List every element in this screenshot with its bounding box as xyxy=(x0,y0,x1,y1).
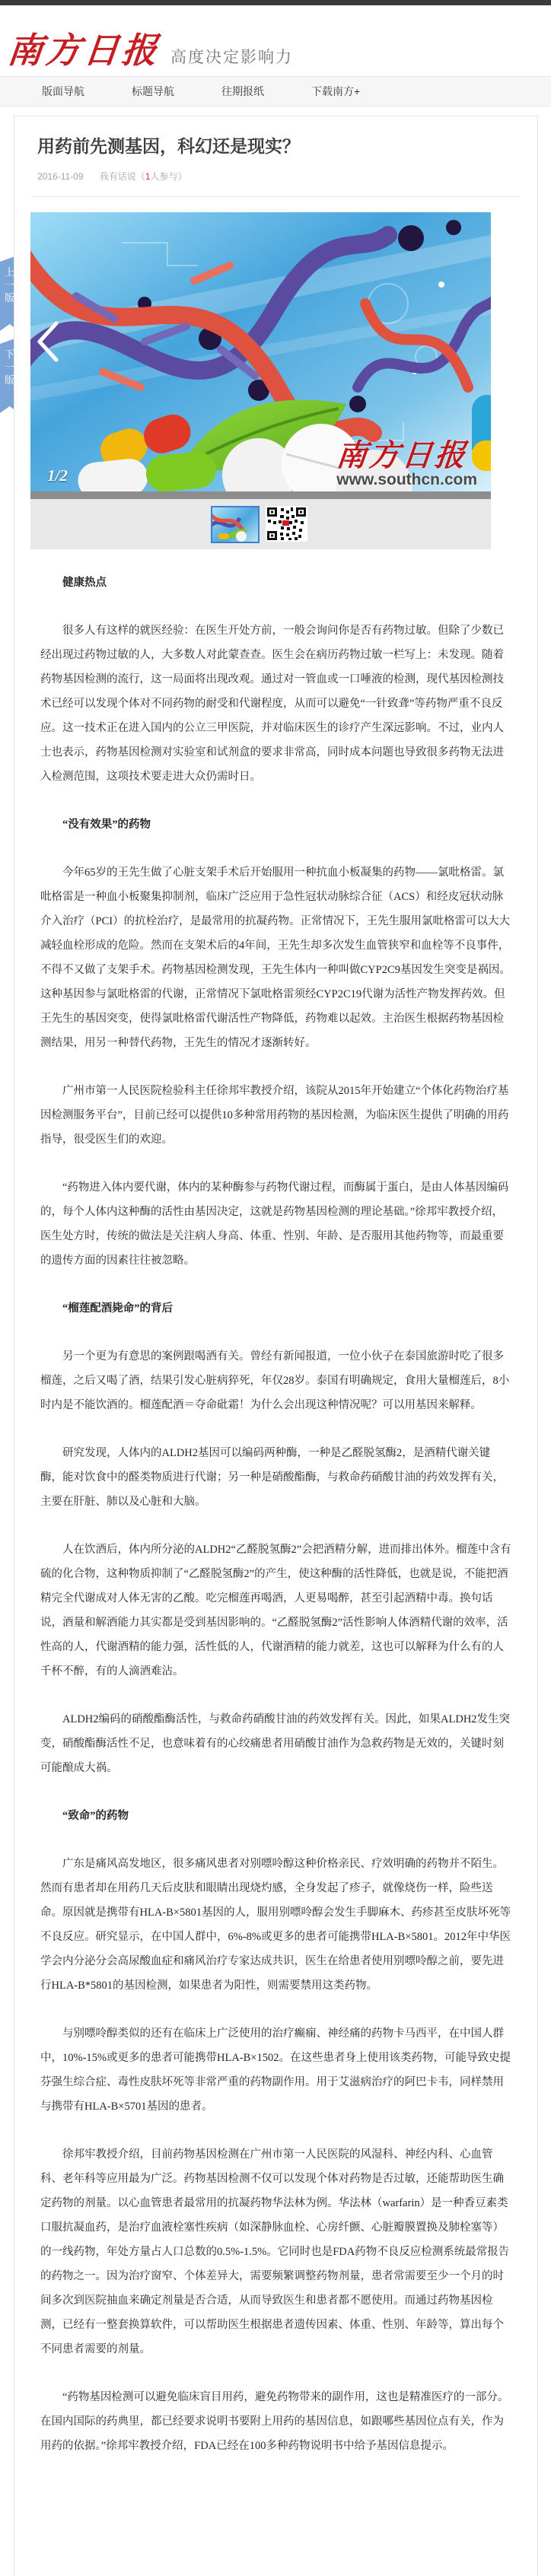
watermark-logo: 南方日报 xyxy=(335,440,479,471)
site-tagline: 高度决定影响力 xyxy=(170,49,293,68)
section-heading: “致命”的药物 xyxy=(40,1804,511,1828)
article-paragraph: 徐邦牢教授介绍，目前药物基因检测在广州市第一人民医院的风湿科、神经内科、心血管科… xyxy=(40,2142,511,2361)
site-logo[interactable]: 南方日报 xyxy=(6,33,162,68)
main-nav: 版面导航 标题导航 往期报纸 下载南方+ xyxy=(0,76,551,107)
article-paragraph: 广东是痛风高发地区，很多痛风患者对别嘌呤醇这种价格亲民、疗效明确的药物并不陌生。… xyxy=(40,1852,511,1998)
watermark-url: www.southcn.com xyxy=(336,471,477,488)
divider xyxy=(31,196,521,197)
top-bar xyxy=(0,0,551,5)
article-paragraph: “药物进入体内要代谢，体内的某种酶参与药物代谢过程，而酶属于蛋白，是由人体基因编… xyxy=(40,1175,511,1273)
article-paragraph: 另一个更为有意思的案例跟喝酒有关。曾经有新闻报道，一位小伙子在泰国旅游时吃了很多… xyxy=(40,1344,511,1417)
section-heading: “没有效果”的药物 xyxy=(40,813,511,837)
article-paragraph: 人在饮酒后，体内所分泌的ALDH2“乙醛脱氢酶2”会把酒精分解，进而排出体外。榴… xyxy=(40,1538,511,1684)
publish-date: 2016-11-09 xyxy=(37,171,84,182)
image-watermark: 南方日报 www.southcn.com xyxy=(336,440,477,488)
article-paragraph: 今年65岁的王先生做了心脏支架手术后开始服用一种抗血小板凝集的药物——氯吡格雷。… xyxy=(40,860,511,1055)
page-title: 用药前先测基因，科幻还是现实？ xyxy=(37,135,514,157)
article-paragraph: ALDH2编码的硝酸酯酶活性，与救命药硝酸甘油的药效发挥有关。因此，如果ALDH… xyxy=(40,1707,511,1780)
image-carousel: 1/2 南方日报 www.southcn.com xyxy=(30,212,491,549)
column-tag: 健康热点 xyxy=(40,571,511,595)
article-paragraph: 研究发现，人体内的ALDH2基因可以编码两种酶，一种是乙醛脱氢酶2，是酒精代谢关… xyxy=(40,1441,511,1514)
article-container: 用药前先测基因，科幻还是现实？ 2016-11-09 我有话说（1人参与） xyxy=(14,116,538,2576)
thumbnail-image[interactable] xyxy=(211,506,260,543)
article-body: 健康热点 很多人有这样的就医经验：在医生开处方前，一般会询问你是否有药物过敏。但… xyxy=(40,571,511,2458)
article-paragraph: “药物基因检测可以避免临床盲目用药，避免药物带来的副作用，这也是精准医疗的一部分… xyxy=(40,2385,511,2458)
nav-item-layout[interactable]: 版面导航 xyxy=(42,84,84,99)
article-meta: 2016-11-09 我有话说（1人参与） xyxy=(37,170,514,183)
nav-item-past-issues[interactable]: 往期报纸 xyxy=(221,84,264,99)
chevron-left-icon[interactable] xyxy=(33,319,64,364)
image-counter: 1/2 xyxy=(47,466,68,485)
section-heading: “榴莲配酒毙命”的背后 xyxy=(40,1296,511,1321)
site-header: 南方日报 高度决定影响力 xyxy=(0,5,551,76)
qr-code xyxy=(266,506,307,542)
thumbnail-strip xyxy=(30,499,491,549)
article-paragraph: 与别嘌呤醇类似的还有在临床上广泛使用的治疗癫痫、神经痛的药物卡马西平，在中国人群… xyxy=(40,2021,511,2119)
article-paragraph: 广州市第一人民医院检验科主任徐邦牢教授介绍，该院从2015年开始建立“个体化药物… xyxy=(40,1079,511,1152)
nav-item-headlines[interactable]: 标题导航 xyxy=(132,84,174,99)
hero-image[interactable]: 1/2 南方日报 www.southcn.com xyxy=(30,212,491,491)
article-paragraph: 很多人有这样的就医经验：在医生开处方前，一般会询问你是否有药物过敏。但除了少数已… xyxy=(40,619,511,789)
comment-link[interactable]: 我有话说（1人参与） xyxy=(100,171,187,182)
comment-count: 1 xyxy=(145,171,151,182)
carousel-scroll-bar xyxy=(30,491,491,499)
nav-item-download-app[interactable]: 下载南方+ xyxy=(311,84,360,99)
